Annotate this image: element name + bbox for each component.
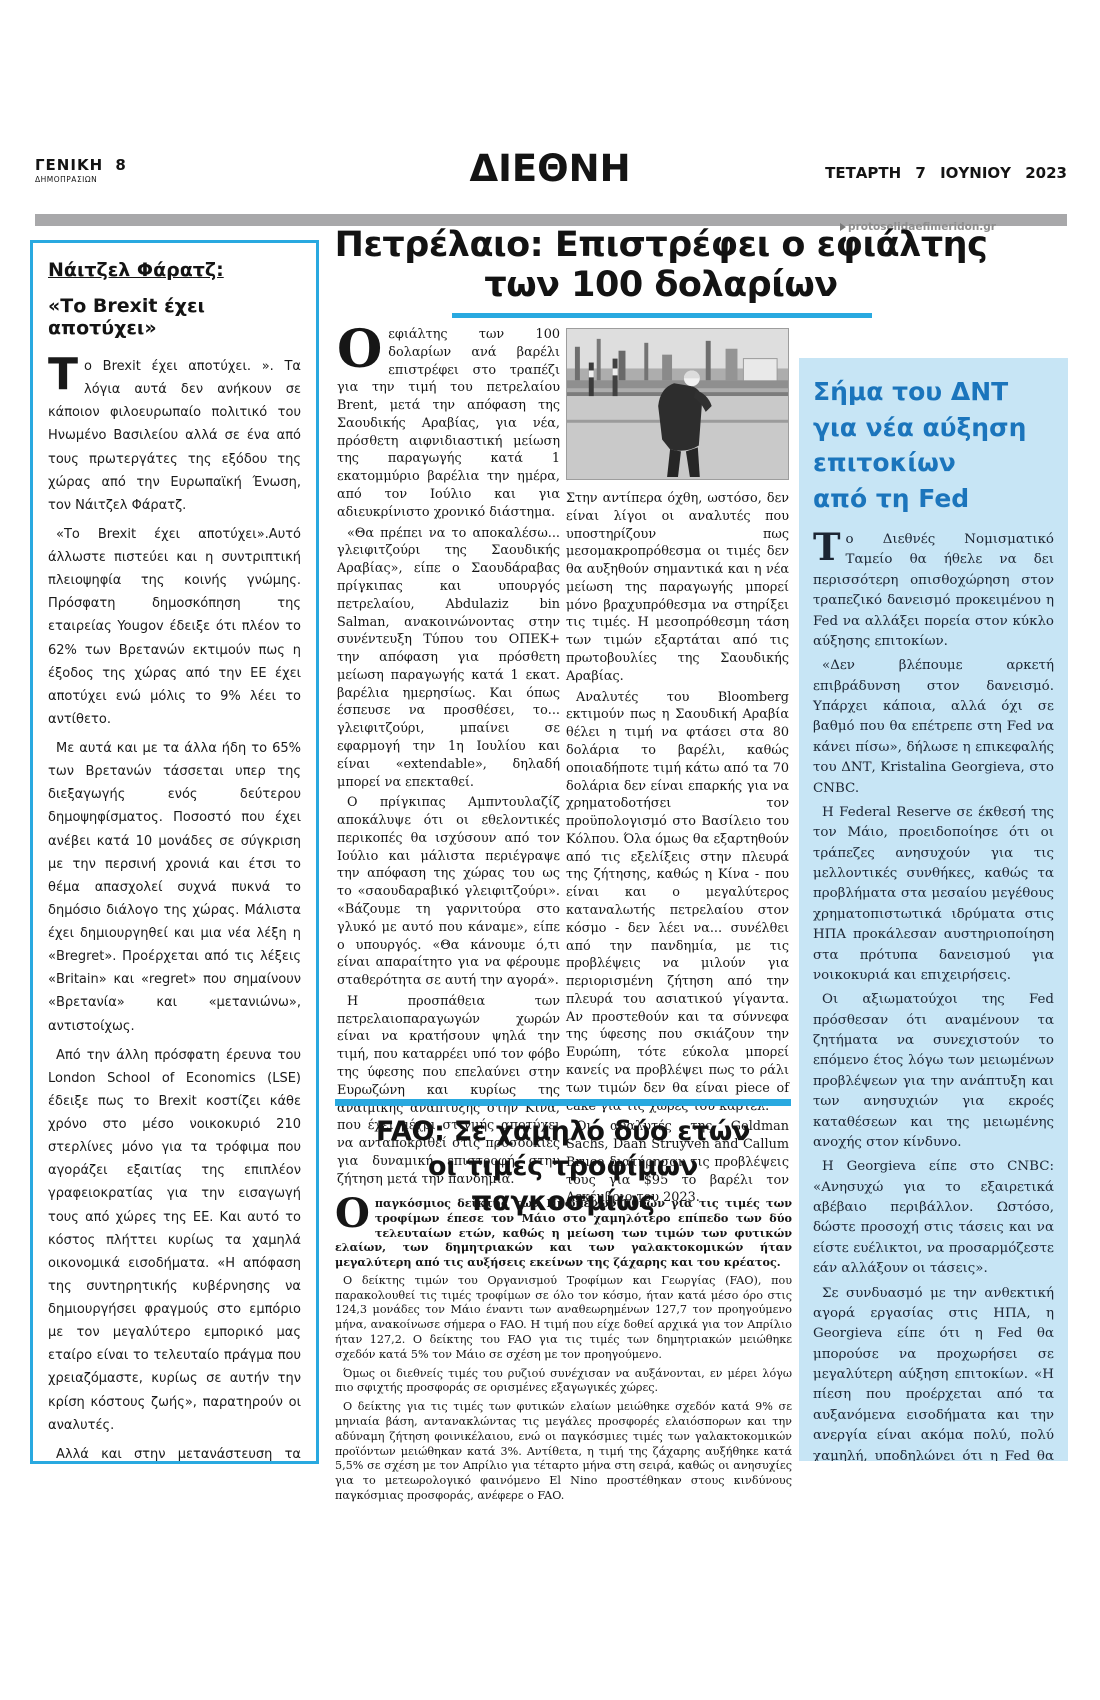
paragraph: Σε συνδυασμό με την ανθεκτική αγορά εργα… [813, 1284, 1054, 1462]
paragraph: Όμως οι διεθνείς τιμές του ρυζιού συνέχι… [335, 1367, 792, 1397]
headline-line-1: Πετρέλαιο: Επιστρέφει ο εφιάλτης [330, 226, 992, 266]
fao-headline-line-1: FAO: Σε χαμηλό δύο ετών [335, 1114, 791, 1149]
paragraph: Ο δείκτης τιμών του Οργανισμού Τροφίμων … [335, 1274, 792, 1363]
paragraph: Με αυτά και με τα άλλα ήδη το 65% των Βρ… [48, 737, 301, 1038]
drop-cap: Ο [337, 326, 388, 370]
brexit-kicker: Νάιτζελ Φάρατζ: [48, 259, 301, 281]
paragraph: Το Brexit έχει αποτύχει. ». Τα λόγια αυτ… [48, 355, 301, 517]
oil-article-column-1: Οεφιάλτης των 100 δολαρίων ανά βαρέλι επ… [337, 326, 560, 1192]
paragraph: Η Georgieva είπε στο CNBC: «Ανησυχώ για … [813, 1157, 1054, 1279]
paragraph: «Το Brexit έχει αποτύχει».Αυτό άλλωστε π… [48, 523, 301, 731]
paragraph: Οι αξιωματούχοι της Fed πρόσθεσαν ότι αν… [813, 990, 1054, 1153]
paragraph: Ο δείκτης για τις τιμές των φυτικών ελαί… [335, 1400, 792, 1503]
drop-cap: Ο [335, 1196, 375, 1229]
paragraph: Αλλά και στην μετανάστευση τα πράγματα δ… [48, 1443, 301, 1464]
oil-refinery-photo [566, 328, 789, 480]
drop-cap: Τ [48, 355, 84, 392]
paragraph: «Δεν βλέπουμε αρκετή επιβράδυνση στον δα… [813, 656, 1054, 799]
paragraph: Από την άλλη πρόσφατη έρευνα του London … [48, 1044, 301, 1437]
brexit-title: «Το Brexit έχει αποτύχει» [48, 295, 301, 339]
imf-title-line-3: επιτοκίων [813, 445, 1054, 481]
brexit-article-box: Νάιτζελ Φάρατζ: «Το Brexit έχει αποτύχει… [30, 240, 319, 1464]
paragraph: Στην αντίπερα όχθη, ωστόσο, δεν είναι λί… [566, 490, 789, 686]
refinery-photo-illustration [567, 329, 788, 479]
imf-panel-title: Σήμα του ΔΝΤ για νέα αύξηση επιτοκίων απ… [813, 374, 1054, 516]
newspaper-page: ΓΕΝΙΚΗ 8 ΔΗΜΟΠΡΑΣΙΩΝ ΔΙΕΘΝΗ ΤΕΤΑΡΤΗ 7 ΙΟ… [0, 0, 1100, 1700]
fao-section-divider [335, 1099, 791, 1106]
imf-title-line-4: από τη Fed [813, 481, 1054, 517]
paragraph: Αναλυτές του Bloomberg εκτιμούν πως η Σα… [566, 689, 789, 1116]
imf-title-line-2: για νέα αύξηση [813, 410, 1054, 446]
issue-date: ΤΕΤΑΡΤΗ 7 ΙΟΥΝΙΟΥ 2023 [825, 164, 1067, 182]
oil-article-headline: Πετρέλαιο: Επιστρέφει ο εφιάλτης των 100… [330, 226, 992, 306]
paragraph: Το Διεθνές Νομισματικό Ταμείο θα ήθελε ν… [813, 530, 1054, 652]
headline-line-2: των 100 δολαρίων [330, 266, 992, 306]
paragraph: Οπαγκόσμιος δείκτης των Ηνωμένων Εθνών γ… [335, 1196, 792, 1270]
imf-fed-panel: Σήμα του ΔΝΤ για νέα αύξηση επιτοκίων απ… [799, 358, 1068, 1461]
fao-article-body: Οπαγκόσμιος δείκτης των Ηνωμένων Εθνών γ… [335, 1196, 792, 1508]
drop-cap: Τ [813, 530, 846, 562]
paragraph: Οεφιάλτης των 100 δολαρίων ανά βαρέλι επ… [337, 326, 560, 522]
imf-title-line-1: Σήμα του ΔΝΤ [813, 374, 1054, 410]
headline-underline-rule [452, 313, 872, 318]
brexit-body: Το Brexit έχει αποτύχει. ». Τα λόγια αυτ… [48, 355, 301, 1464]
paragraph: Ο πρίγκιπας Αμπντουλαζίζ αποκάλυψε ότι ο… [337, 794, 560, 990]
imf-panel-body: Το Διεθνές Νομισματικό Ταμείο θα ήθελε ν… [813, 530, 1054, 1461]
paragraph: Η Federal Reserve σε έκθεσή της τον Μάιο… [813, 803, 1054, 986]
paragraph: «Θα πρέπει να το αποκαλέσω... γλειφιτζού… [337, 525, 560, 792]
